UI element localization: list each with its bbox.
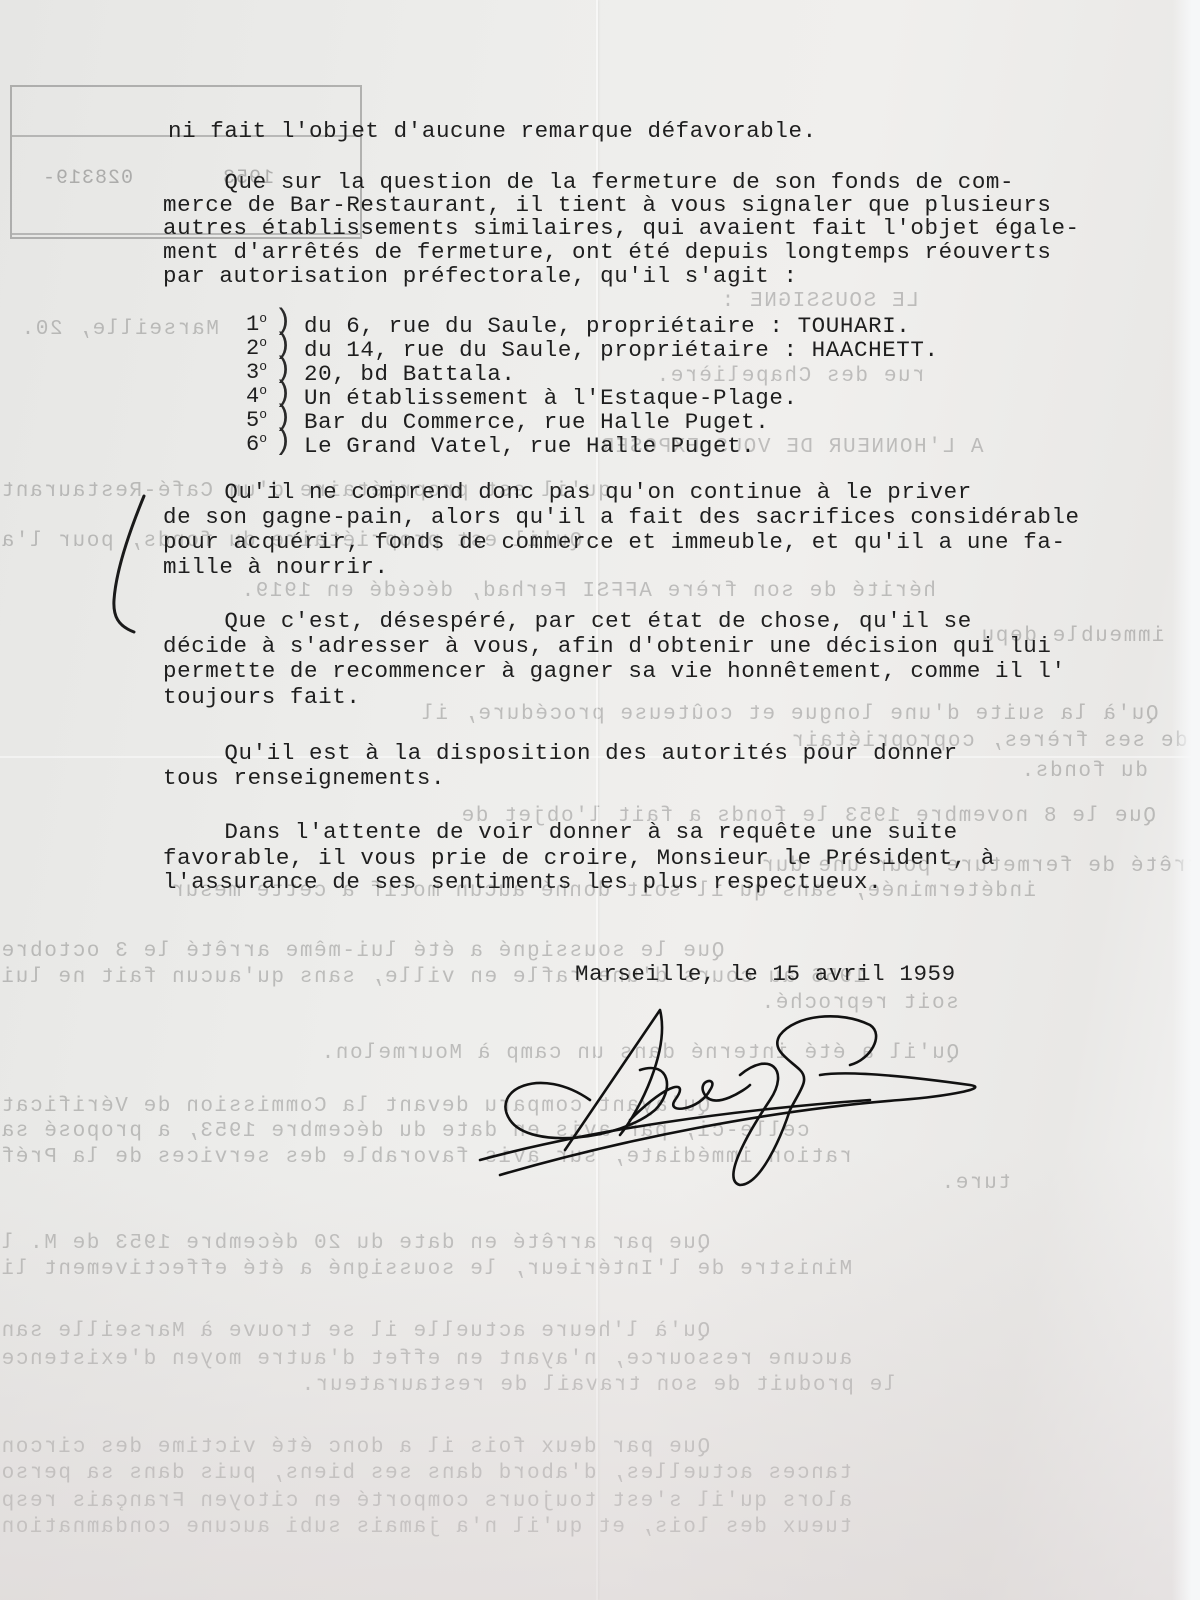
list-item: Un établissement à l'Estaque-Plage.: [304, 386, 798, 410]
opening-line: ni fait l'objet d'aucune remarque défavo…: [168, 119, 817, 143]
list-item: Bar du Commerce, rue Halle Puget.: [304, 410, 769, 434]
paper-shadow: [0, 1150, 1200, 1600]
bracket-icon: ): [274, 425, 292, 459]
list-item-number: 1o: [246, 311, 267, 337]
list-item-number: 3o: [246, 359, 267, 385]
list-item: 20, bd Battala.: [304, 362, 516, 386]
list-item: du 6, rue du Saule, propriétaire : TOUHA…: [304, 314, 910, 338]
list-item: Le Grand Vatel, rue Halle Puget.: [304, 434, 755, 458]
place-date: Marseille, le 15 avril 1959: [575, 962, 956, 986]
bleed-line: Marseille, 20.: [20, 318, 219, 341]
letter-page: 028319- 1953 LE SOUSSIGNE : Marseille, 2…: [0, 0, 1200, 1600]
list-item-number: 5o: [246, 407, 267, 433]
bleed-line: Qu'à la suite d'une longue et coûteuse p…: [420, 703, 1159, 726]
handwritten-bracket-mark: [100, 490, 160, 640]
paper-edge: [1172, 0, 1200, 1600]
list-item-number: 6o: [246, 431, 267, 457]
handwritten-signature: [470, 990, 1030, 1190]
stamp-number: 028319-: [42, 167, 133, 190]
list-item-number: 4o: [246, 383, 267, 409]
bleed-line: LE SOUSSIGNE :: [720, 290, 919, 313]
bleed-line: du fonds.: [1020, 760, 1148, 783]
bleed-line: hérité de son frère AFFSI Ferhad, décédé…: [240, 580, 936, 603]
list-item: du 14, rue du Saule, propriétaire : HAAC…: [304, 338, 939, 362]
bleed-line: Que le soussigné a été lui-même arrêté l…: [0, 940, 724, 963]
list-item-number: 2o: [246, 335, 267, 361]
